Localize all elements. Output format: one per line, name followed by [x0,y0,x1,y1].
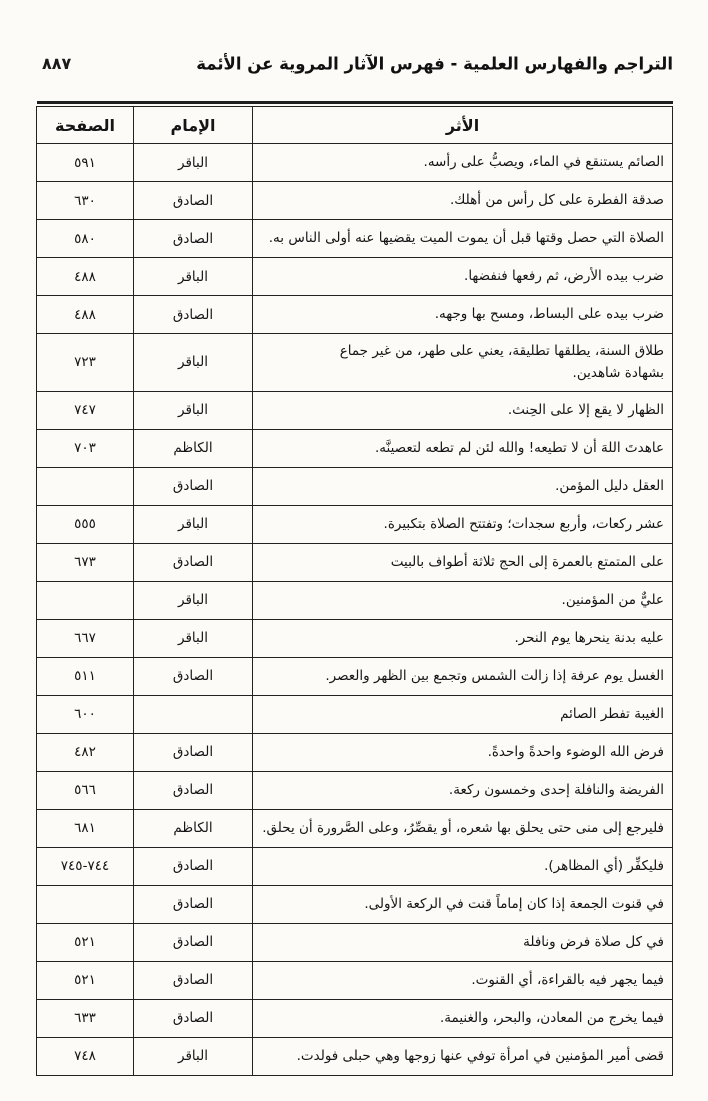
cell-athar: الفريضة والنافلة إحدى وخمسون ركعة. [253,771,673,809]
cell-imam: الباقر [134,334,253,392]
cell-page: ٦٣٠ [37,182,134,220]
cell-athar: فرض الله الوضوء واحدةً واحدةً. [253,733,673,771]
cell-page: ٥٨٠ [37,220,134,258]
table-row: صدقة الفطرة على كل رأس من أهلك.الصادق٦٣٠ [37,182,673,220]
cell-page: ٥٢١ [37,923,134,961]
cell-page: ٥٦٦ [37,771,134,809]
cell-athar: الغيبة تفطر الصائم [253,695,673,733]
table-row: فيما يجهر فيه بالقراءة، أي القنوت.الصادق… [37,961,673,999]
cell-imam: الباقر [134,505,253,543]
cell-imam: الصادق [134,296,253,334]
table-row: على المتمتع بالعمرة إلى الحج ثلاثة أطواف… [37,543,673,581]
cell-imam: الباقر [134,1037,253,1075]
table-row: عليٌّ من المؤمنين.الباقر [37,581,673,619]
cell-page: ٦٣٣ [37,999,134,1037]
table-row: في قنوت الجمعة إذا كان إماماً قنت في الر… [37,885,673,923]
table-row: الغسل يوم عرفة إذا زالت الشمس وتجمع بين … [37,657,673,695]
table-row: الغيبة تفطر الصائم٦٠٠ [37,695,673,733]
cell-imam: الكاظم [134,429,253,467]
cell-imam: الكاظم [134,809,253,847]
table-row: عاهدتَ اللهَ أن لا تطيعه! والله لئن لم ت… [37,429,673,467]
cell-athar: عليه بدنة ينحرها يوم النحر. [253,619,673,657]
cell-page: ٦٦٧ [37,619,134,657]
cell-page: ٧٤٨ [37,1037,134,1075]
scanned-book-page: ٨٨٧ التراجم والفهارس العلمية - فهرس الآث… [0,0,708,1101]
cell-imam [134,695,253,733]
cell-athar: العقل دليل المؤمن. [253,467,673,505]
cell-athar: عاهدتَ اللهَ أن لا تطيعه! والله لئن لم ت… [253,429,673,467]
table-row: الظهار لا يقع إلا على الحِنث.الباقر٧٤٧ [37,391,673,429]
cell-athar: صدقة الفطرة على كل رأس من أهلك. [253,182,673,220]
cell-athar: فليرجع إلى منى حتى يحلق بها شعره، أو يقص… [253,809,673,847]
table-body: الصائم يستنقع في الماء، ويصبُّ على رأسه.… [37,144,673,1076]
running-head: ٨٨٧ التراجم والفهارس العلمية - فهرس الآث… [37,54,673,73]
folio-page-number: ٨٨٧ [37,54,71,73]
cell-athar: الغسل يوم عرفة إذا زالت الشمس وتجمع بين … [253,657,673,695]
table-row: ضرب بيده الأرض، ثم رفعها فنفضها.الباقر٤٨… [37,258,673,296]
column-header-athar: الأثر [253,107,673,144]
cell-page: ٥١١ [37,657,134,695]
cell-page: ٤٨٨ [37,258,134,296]
cell-page: ٦٠٠ [37,695,134,733]
table-row: الفريضة والنافلة إحدى وخمسون ركعة.الصادق… [37,771,673,809]
cell-imam: الصادق [134,220,253,258]
cell-imam: الباقر [134,144,253,182]
table-header-row: الأثر الإمام الصفحة [37,107,673,144]
table-row: عشر ركعات، وأربع سجدات؛ وتفتتح الصلاة بت… [37,505,673,543]
cell-athar: قضى أمير المؤمنين في امرأة توفي عنها زوج… [253,1037,673,1075]
cell-athar: فيما يخرج من المعادن، والبحر، والغنيمة. [253,999,673,1037]
column-header-page: الصفحة [37,107,134,144]
cell-page: ٧٢٣ [37,334,134,392]
cell-imam: الصادق [134,467,253,505]
table-row: الصلاة التي حصل وقتها قبل أن يموت الميت … [37,220,673,258]
index-table: الأثر الإمام الصفحة الصائم يستنقع في الم… [37,101,673,1076]
table-row: الصائم يستنقع في الماء، ويصبُّ على رأسه.… [37,144,673,182]
table-row: قضى أمير المؤمنين في امرأة توفي عنها زوج… [37,1037,673,1075]
cell-imam: الباقر [134,391,253,429]
cell-imam: الصادق [134,961,253,999]
cell-page: ٦٧٣ [37,543,134,581]
narrations-index-table: الأثر الإمام الصفحة الصائم يستنقع في الم… [36,106,673,1076]
cell-athar: عليٌّ من المؤمنين. [253,581,673,619]
table-row: فليرجع إلى منى حتى يحلق بها شعره، أو يقص… [37,809,673,847]
cell-imam: الباقر [134,581,253,619]
table-row: طلاق السنة، يطلقها تطليقة، يعني على طهر،… [37,334,673,392]
cell-page [37,581,134,619]
cell-athar: في كل صلاة فرض ونافلة [253,923,673,961]
table-row: العقل دليل المؤمن.الصادق [37,467,673,505]
cell-athar: ضرب بيده على البساط، ومسح بها وجهه. [253,296,673,334]
cell-imam: الصادق [134,182,253,220]
cell-imam: الصادق [134,885,253,923]
cell-imam: الصادق [134,657,253,695]
cell-page: ٧٤٧ [37,391,134,429]
table-row: عليه بدنة ينحرها يوم النحر.الباقر٦٦٧ [37,619,673,657]
table-row: فيما يخرج من المعادن، والبحر، والغنيمة.ا… [37,999,673,1037]
cell-athar: فليكفِّر (أي المظاهر). [253,847,673,885]
cell-page: ٥٢١ [37,961,134,999]
table-row: فليكفِّر (أي المظاهر).الصادق٧٤٤-٧٤٥ [37,847,673,885]
cell-imam: الصادق [134,923,253,961]
table-row: فرض الله الوضوء واحدةً واحدةً.الصادق٤٨٢ [37,733,673,771]
cell-page: ٧٠٣ [37,429,134,467]
cell-athar: الصلاة التي حصل وقتها قبل أن يموت الميت … [253,220,673,258]
cell-imam: الباقر [134,619,253,657]
cell-page: ٤٨٨ [37,296,134,334]
cell-athar: فيما يجهر فيه بالقراءة، أي القنوت. [253,961,673,999]
cell-imam: الصادق [134,771,253,809]
cell-page: ٦٨١ [37,809,134,847]
cell-athar: طلاق السنة، يطلقها تطليقة، يعني على طهر،… [253,334,673,392]
cell-page: ٥٩١ [37,144,134,182]
cell-imam: الباقر [134,258,253,296]
table-row: في كل صلاة فرض ونافلةالصادق٥٢١ [37,923,673,961]
cell-athar: الظهار لا يقع إلا على الحِنث. [253,391,673,429]
cell-page: ٥٥٥ [37,505,134,543]
cell-athar: في قنوت الجمعة إذا كان إماماً قنت في الر… [253,885,673,923]
page-title: التراجم والفهارس العلمية - فهرس الآثار ا… [196,54,673,74]
cell-page [37,467,134,505]
cell-imam: الصادق [134,543,253,581]
cell-athar: على المتمتع بالعمرة إلى الحج ثلاثة أطواف… [253,543,673,581]
cell-page: ٧٤٤-٧٤٥ [37,847,134,885]
cell-imam: الصادق [134,733,253,771]
column-header-imam: الإمام [134,107,253,144]
cell-athar: الصائم يستنقع في الماء، ويصبُّ على رأسه. [253,144,673,182]
cell-page: ٤٨٢ [37,733,134,771]
cell-athar: ضرب بيده الأرض، ثم رفعها فنفضها. [253,258,673,296]
cell-imam: الصادق [134,847,253,885]
cell-athar: عشر ركعات، وأربع سجدات؛ وتفتتح الصلاة بت… [253,505,673,543]
cell-page [37,885,134,923]
table-top-rule [37,101,673,104]
cell-imam: الصادق [134,999,253,1037]
table-row: ضرب بيده على البساط، ومسح بها وجهه.الصاد… [37,296,673,334]
